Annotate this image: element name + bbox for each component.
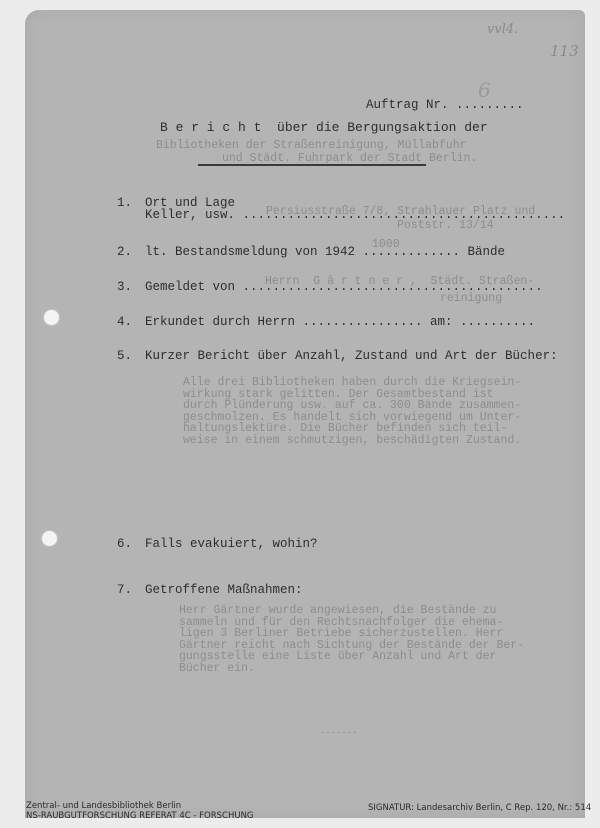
item-2-label: lt. Bestandsmeldung von 1942 ...........… xyxy=(145,245,505,259)
item-1-value: Persiusstraße 7/8, Strahlauer Platz und xyxy=(266,205,535,218)
item-7-label: Getroffene Maßnahmen: xyxy=(145,583,303,597)
order-number-label: Auftrag Nr. ......... xyxy=(366,98,524,112)
item-3-value: Herrn G ä r t n e r , Städt. Straßen- xyxy=(265,275,534,288)
item-2-value: 1000 xyxy=(372,238,400,251)
signature-line: ------- xyxy=(320,728,358,738)
item-3-value-2: reinigung xyxy=(440,292,502,305)
text-line: weise in einem schmutzigen, beschädigten… xyxy=(183,434,521,447)
item-4-label: Erkundet durch Herrn ................ am… xyxy=(145,315,535,329)
item-2-number: 2. xyxy=(117,245,132,259)
item-4-number: 4. xyxy=(117,315,132,329)
item-5-number: 5. xyxy=(117,349,132,363)
footer-signature: SIGNATUR: Landesarchiv Berlin, C Rep. 12… xyxy=(368,803,591,813)
punch-hole xyxy=(44,310,59,325)
item-3-number: 3. xyxy=(117,280,132,294)
item-6-label: Falls evakuiert, wohin? xyxy=(145,537,318,551)
punch-hole xyxy=(42,531,57,546)
item-5-label: Kurzer Bericht über Anzahl, Zustand und … xyxy=(145,349,558,363)
item-1-number: 1. xyxy=(117,196,132,210)
footer-institution: Zentral- und Landesbibliothek Berlin xyxy=(26,801,181,811)
handwritten-note: vvl4. xyxy=(487,22,518,37)
footer-department: NS-RAUBGUTFORSCHUNG REFERAT 4C - FORSCHU… xyxy=(26,811,254,821)
text-line: Bücher ein. xyxy=(179,662,255,675)
item-7-number: 7. xyxy=(117,583,132,597)
item-1-value-2: Poststr. 13/14 xyxy=(397,219,494,232)
report-subtitle-1: Bibliotheken der Straßenreinigung, Mülla… xyxy=(156,139,467,152)
handwritten-page-number: 113 xyxy=(550,42,579,60)
underline xyxy=(198,164,426,166)
report-title: B e r i c h t über die Bergungsaktion de… xyxy=(160,120,488,135)
item-6-number: 6. xyxy=(117,537,132,551)
